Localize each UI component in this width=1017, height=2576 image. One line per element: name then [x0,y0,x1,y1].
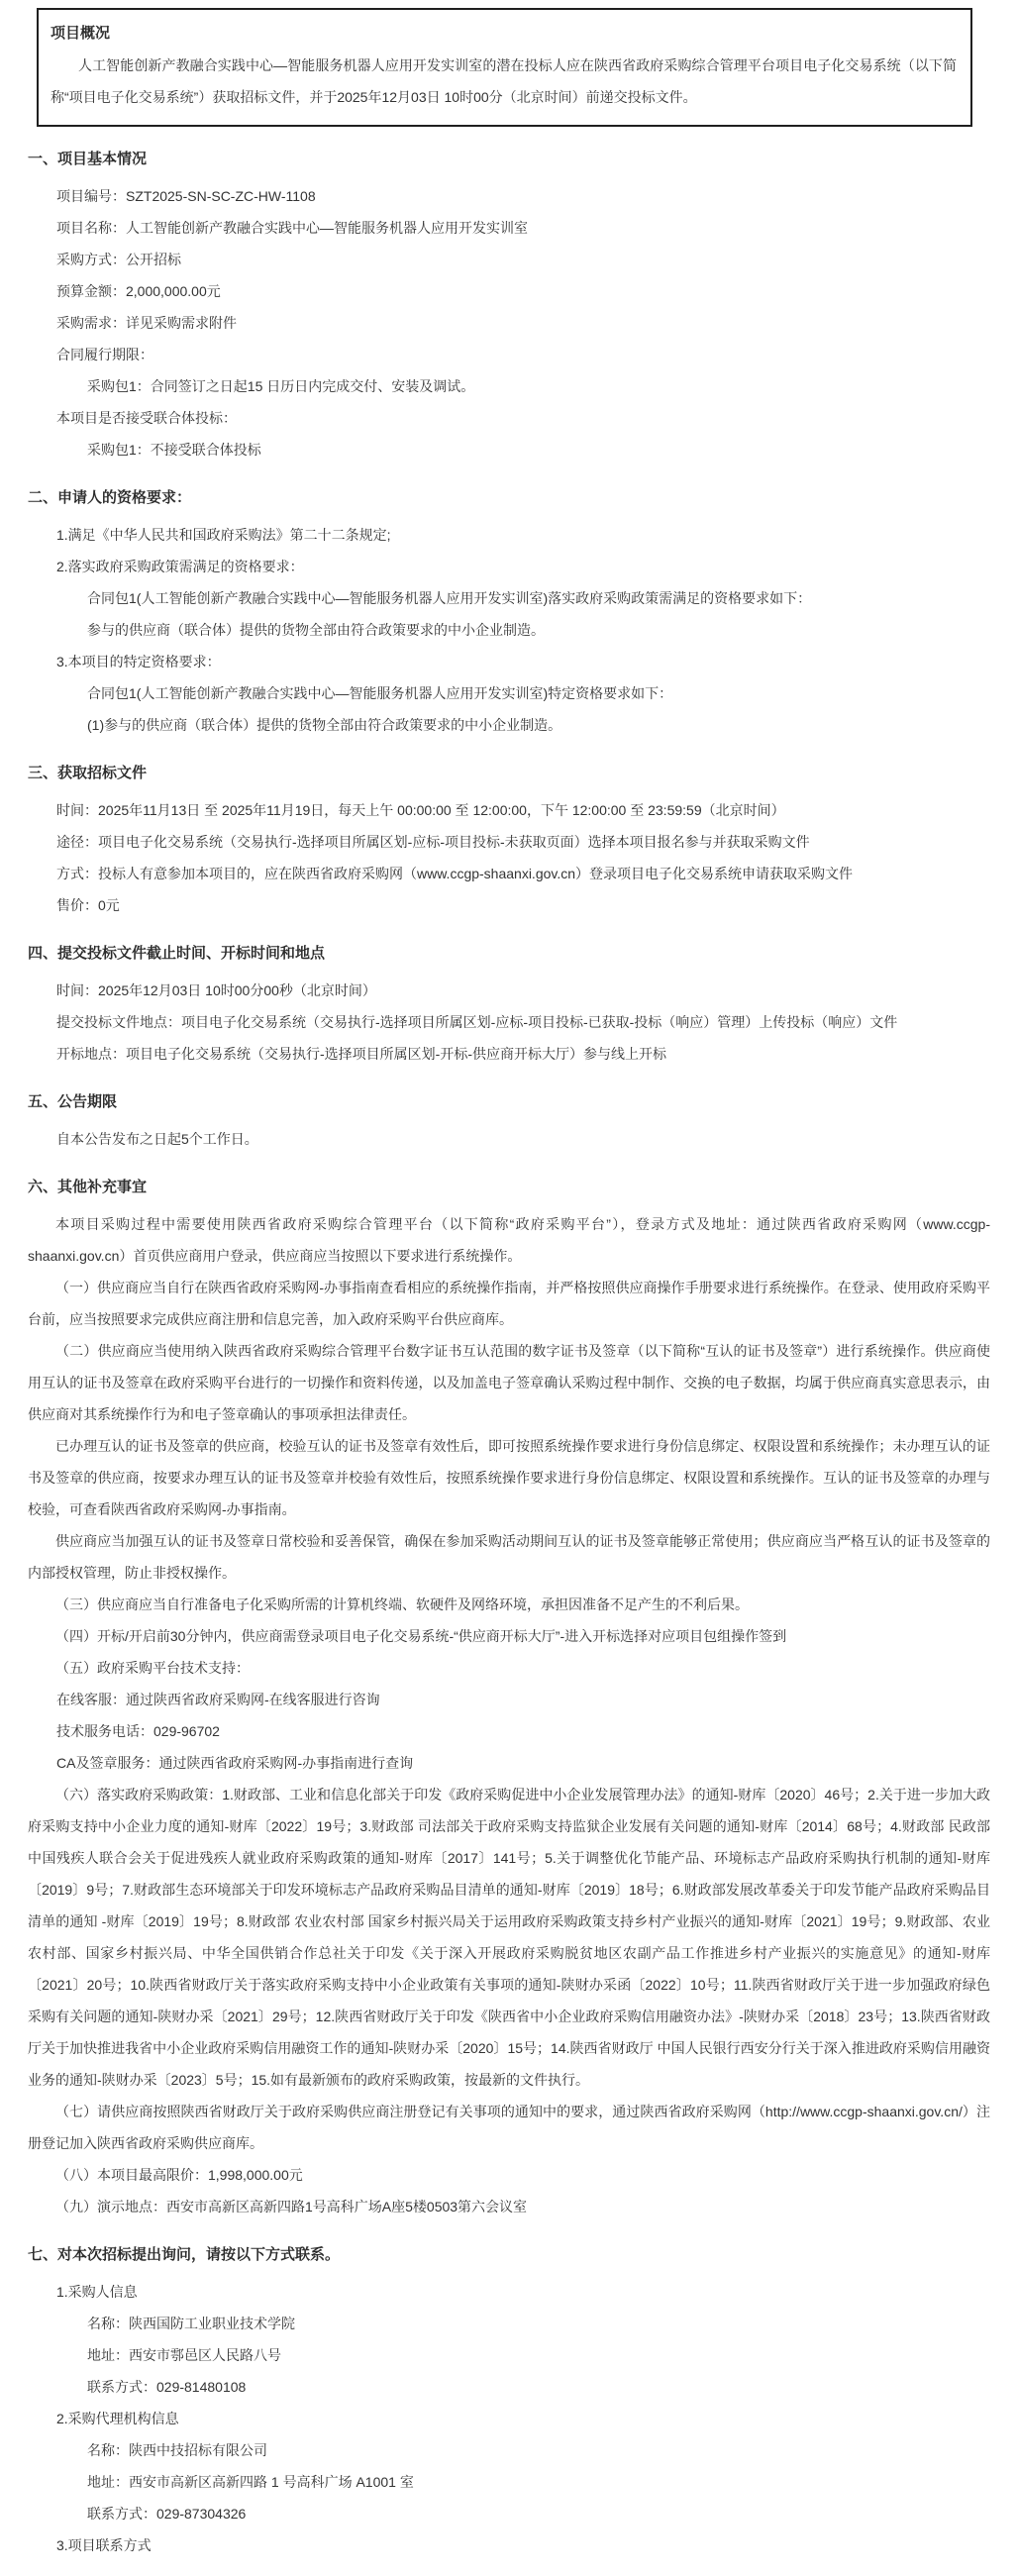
section: 六、其他补充事宜本项目采购过程中需要使用陕西省政府采购综合管理平台（以下简称“政… [28,1172,990,2222]
field-line: 预算金额：2,000,000.00元 [28,275,990,307]
announcement-page: 项目概况 人工智能创新产教融合实践中心—智能服务机器人应用开发实训室的潜在投标人… [0,0,1017,2561]
section: 五、公告期限自本公告发布之日起5个工作日。 [28,1086,990,1155]
field-line: CA及签章服务：通过陕西省政府采购网-办事指南进行查询 [28,1747,990,1779]
overview-text: 人工智能创新产教融合实践中心—智能服务机器人应用开发实训室的潜在投标人应在陕西省… [51,50,957,113]
section: 七、对本次招标提出询问，请按以下方式联系。1.采购人信息名称：陕西国防工业职业技… [28,2239,990,2561]
field-line: 合同包1(人工智能创新产教融合实践中心—智能服务机器人应用开发实训室)落实政府采… [28,582,990,614]
field-line: 合同履行期限： [28,339,990,370]
overview-title: 项目概况 [51,18,957,50]
paragraph: （三）供应商应当自行准备电子化采购所需的计算机终端、软硬件及网络环境，承担因准备… [28,1589,990,1620]
field-line: 2.采购代理机构信息 [28,2403,990,2434]
overview-box: 项目概况 人工智能创新产教融合实践中心—智能服务机器人应用开发实训室的潜在投标人… [37,8,972,127]
section-heading: 一、项目基本情况 [28,144,990,175]
field-line: 采购需求：详见采购需求附件 [28,307,990,339]
paragraph: （九）演示地点：西安市高新区高新四路1号高科广场A座5楼0503第六会议室 [28,2191,990,2222]
field-line: 采购包1：合同签订之日起15 日历日内完成交付、安装及调试。 [28,370,990,402]
field-line: 开标地点：项目电子化交易系统（交易执行-选择项目所属区划-开标-供应商开标大厅）… [28,1038,990,1070]
paragraph: （八）本项目最高限价：1,998,000.00元 [28,2159,990,2191]
field-line: 项目名称：人工智能创新产教融合实践中心—智能服务机器人应用开发实训室 [28,212,990,244]
field-line: 方式：投标人有意参加本项目的，应在陕西省政府采购网（www.ccgp-shaan… [28,858,990,889]
field-line: 时间：2025年12月03日 10时00分00秒（北京时间） [28,975,990,1006]
field-line: 地址：西安市鄠邑区人民路八号 [28,2339,990,2371]
field-line: 售价：0元 [28,889,990,921]
field-line: 项目编号：SZT2025-SN-SC-ZC-HW-1108 [28,180,990,212]
field-line: 名称：陕西国防工业职业技术学院 [28,2308,990,2339]
section-heading: 七、对本次招标提出询问，请按以下方式联系。 [28,2239,990,2271]
paragraph: （四）开标/开启前30分钟内，供应商需登录项目电子化交易系统-“供应商开标大厅”… [28,1620,990,1652]
paragraph: 已办理互认的证书及签章的供应商，校验互认的证书及签章有效性后，即可按照系统操作要… [28,1430,990,1525]
section-heading: 二、申请人的资格要求： [28,482,990,514]
field-line: 途径：项目电子化交易系统（交易执行-选择项目所属区划-应标-项目投标-未获取页面… [28,826,990,858]
field-line: 提交投标文件地点：项目电子化交易系统（交易执行-选择项目所属区划-应标-项目投标… [28,1006,990,1038]
section: 三、获取招标文件时间：2025年11月13日 至 2025年11月19日，每天上… [28,758,990,921]
field-line: 自本公告发布之日起5个工作日。 [28,1123,990,1155]
field-line: 地址：西安市高新区高新四路 1 号高科广场 A1001 室 [28,2466,990,2498]
field-line: 联系方式：029-81480108 [28,2371,990,2403]
section: 四、提交投标文件截止时间、开标时间和地点时间：2025年12月03日 10时00… [28,938,990,1070]
field-line: 时间：2025年11月13日 至 2025年11月19日，每天上午 00:00:… [28,794,990,826]
field-line: 名称：陕西中技招标有限公司 [28,2434,990,2466]
field-line: (1)参与的供应商（联合体）提供的货物全部由符合政策要求的中小企业制造。 [28,709,990,741]
paragraph: （六）落实政府采购政策：1.财政部、工业和信息化部关于印发《政府采购促进中小企业… [28,1779,990,2096]
field-line: 1.满足《中华人民共和国政府采购法》第二十二条规定; [28,519,990,551]
field-line: 本项目是否接受联合体投标： [28,402,990,434]
section-heading: 四、提交投标文件截止时间、开标时间和地点 [28,938,990,970]
field-line: 在线客服：通过陕西省政府采购网-在线客服进行咨询 [28,1684,990,1715]
paragraph: （二）供应商应当使用纳入陕西省政府采购综合管理平台数字证书互认范围的数字证书及签… [28,1335,990,1430]
field-line: 3.项目联系方式 [28,2529,990,2561]
field-line: 采购方式：公开招标 [28,244,990,275]
section-heading: 三、获取招标文件 [28,758,990,789]
section: 一、项目基本情况项目编号：SZT2025-SN-SC-ZC-HW-1108项目名… [28,144,990,465]
paragraph: 供应商应当加强互认的证书及签章日常校验和妥善保管，确保在参加采购活动期间互认的证… [28,1525,990,1589]
field-line: 参与的供应商（联合体）提供的货物全部由符合政策要求的中小企业制造。 [28,614,990,646]
field-line: 3.本项目的特定资格要求： [28,646,990,677]
paragraph: 本项目采购过程中需要使用陕西省政府采购综合管理平台（以下简称“政府采购平台”），… [28,1208,990,1272]
section-heading: 六、其他补充事宜 [28,1172,990,1203]
section: 二、申请人的资格要求：1.满足《中华人民共和国政府采购法》第二十二条规定;2.落… [28,482,990,741]
section-heading: 五、公告期限 [28,1086,990,1118]
paragraph: （一）供应商应当自行在陕西省政府采购网-办事指南查看相应的系统操作指南，并严格按… [28,1272,990,1335]
field-line: 合同包1(人工智能创新产教融合实践中心—智能服务机器人应用开发实训室)特定资格要… [28,677,990,709]
sections-container: 一、项目基本情况项目编号：SZT2025-SN-SC-ZC-HW-1108项目名… [28,144,990,2561]
field-line: 1.采购人信息 [28,2276,990,2308]
paragraph: （五）政府采购平台技术支持： [28,1652,990,1684]
field-line: 采购包1：不接受联合体投标 [28,434,990,465]
paragraph: （七）请供应商按照陕西省财政厅关于政府采购供应商注册登记有关事项的通知中的要求，… [28,2096,990,2159]
field-line: 2.落实政府采购政策需满足的资格要求： [28,551,990,582]
field-line: 技术服务电话：029-96702 [28,1715,990,1747]
field-line: 联系方式：029-87304326 [28,2498,990,2529]
